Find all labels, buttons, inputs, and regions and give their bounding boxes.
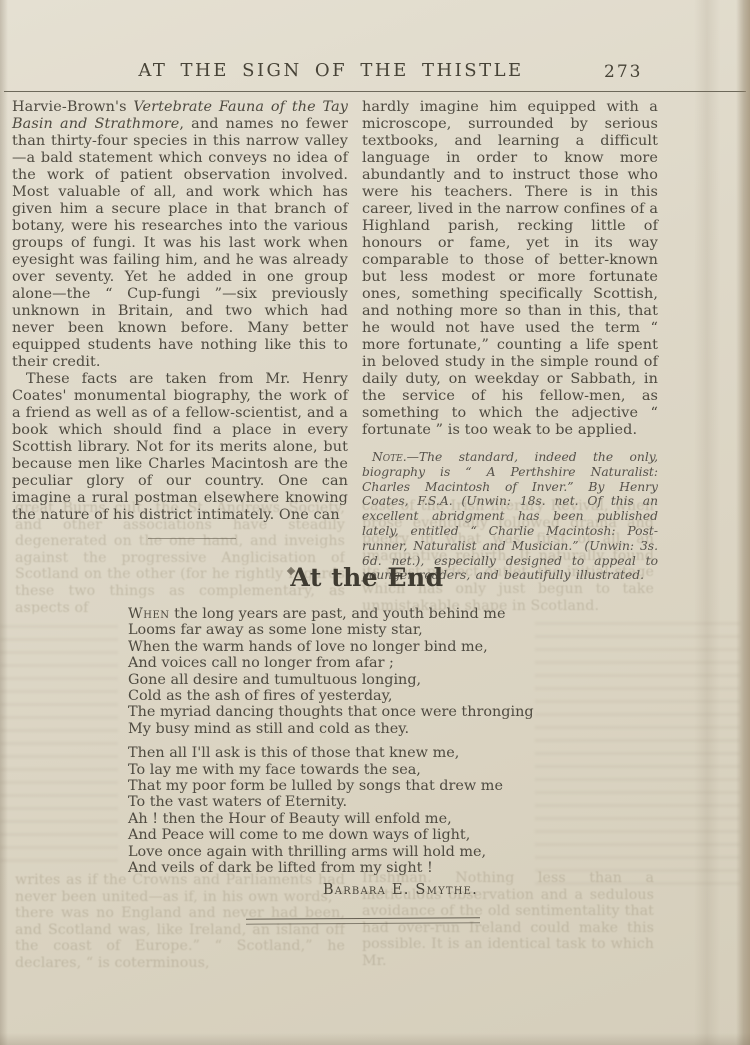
poem-stanza-2: Then all I'll ask is this of those that … — [128, 745, 500, 876]
poem-line-text: the long years are past, and youth behin… — [170, 606, 506, 622]
page-edge-left — [0, 0, 8, 1045]
page-number: 273 — [604, 62, 648, 82]
stanza-gap — [128, 737, 500, 745]
poem-line: Love once again with thrilling arms will… — [128, 844, 500, 860]
end-double-rule — [246, 917, 480, 924]
page-title: AT THE SIGN OF THE THISTLE — [12, 60, 650, 81]
article-paragraph: hardly imagine him equipped with a micro… — [362, 99, 658, 439]
poem-line: Ah ! then the Hour of Beauty will enfold… — [128, 811, 500, 827]
book-page-scan: great Burns cult, the St. Andrews Societ… — [0, 0, 750, 1045]
poem-line: When the warm hands of love no longer bi… — [128, 639, 500, 655]
page-crease-shadow — [694, 0, 720, 1045]
article-left-column: Harvie-Brown's Vertebrate Fauna of the T… — [12, 99, 348, 583]
poem-line: Looms far away as some lone misty star, — [128, 622, 500, 638]
poem-lead-word: When — [128, 606, 170, 622]
poem-line: To lay me with my face towards the sea, — [128, 762, 500, 778]
footnote-label: Note. — [372, 450, 407, 464]
poem-author-signature: Barbara E. Smythe. — [128, 882, 500, 898]
poem-line: Gone all desire and tumultuous longing, — [128, 672, 500, 688]
article-paragraph: Harvie-Brown's Vertebrate Fauna of the T… — [12, 99, 348, 371]
article-columns: Harvie-Brown's Vertebrate Fauna of the T… — [12, 99, 658, 583]
header-rule — [4, 91, 746, 92]
poem-line: And veils of dark be lifted from my sigh… — [128, 860, 500, 876]
poem-line: Then all I'll ask is this of those that … — [128, 745, 500, 761]
poem-line: My busy mind as still and cold as they. — [128, 721, 500, 737]
poem-line: Cold as the ash of fires of yesterday, — [128, 688, 500, 704]
poem-line: And voices call no longer from afar ; — [128, 655, 500, 671]
poem-line: That my poor form be lulled by songs tha… — [128, 778, 500, 794]
poem-line: To the vast waters of Eternity. — [128, 794, 500, 810]
poem-title: At the End — [0, 563, 734, 592]
poem-stanza-1: Looms far away as some lone misty star,W… — [128, 622, 500, 737]
article-right-column: hardly imagine him equipped with a micro… — [362, 99, 658, 583]
poem-body: When the long years are past, and youth … — [128, 606, 500, 898]
poem-line: When the long years are past, and youth … — [128, 606, 500, 622]
article-paragraph: These facts are taken from Mr. Henry Coa… — [12, 371, 348, 524]
page-edge-bottom — [0, 1033, 750, 1045]
bleedthrough-texture — [0, 615, 118, 870]
poem-line: The myriad dancing thoughts that once we… — [128, 704, 500, 720]
section-divider-rule — [148, 538, 236, 539]
page-edge-right — [736, 0, 750, 1045]
poem-line: And Peace will come to me down ways of l… — [128, 827, 500, 843]
